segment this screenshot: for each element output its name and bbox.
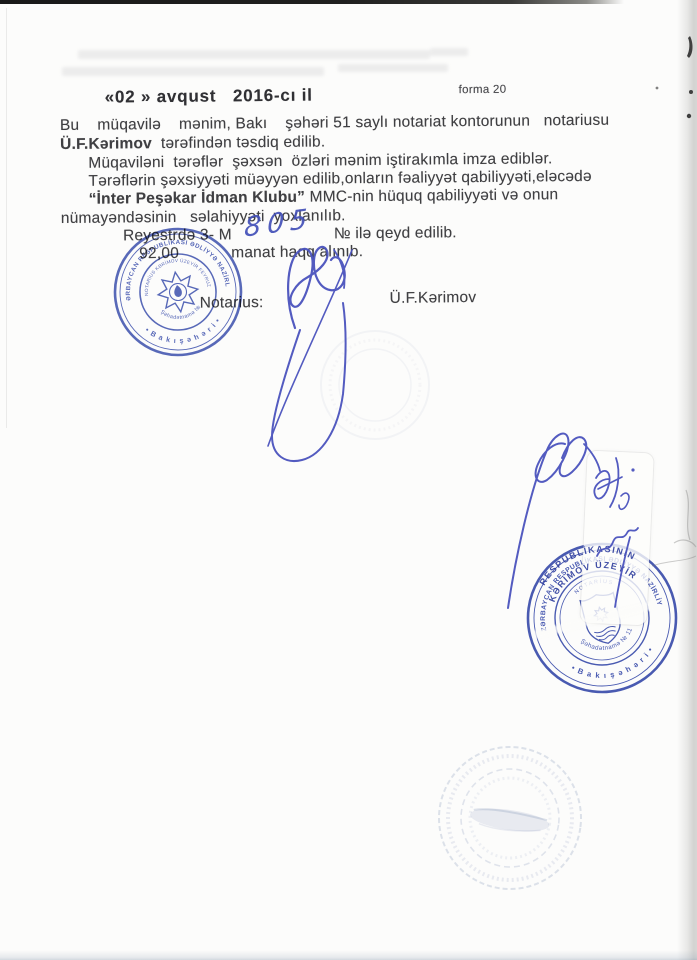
scanned-notary-document-page: «02 » avqust 2016-cı il forma 20 Bu müqa… bbox=[0, 0, 697, 960]
stamp-right-inner-bottom-text: Şəhadətnamə № 11 bbox=[578, 625, 638, 658]
scan-edge-left bbox=[6, 8, 7, 428]
notary-name-bold: Ü.F.Kərimov bbox=[60, 135, 152, 153]
scan-edge-right bbox=[677, 0, 697, 960]
svg-text:• B a k ı ş ə h ə r i •: • B a k ı ş ə h ə r i • bbox=[568, 643, 659, 688]
notary-round-stamp-left-icon: AZƏRBAYCAN RESPUBLİKASI ƏDLİYYƏ NAZİRLİY… bbox=[104, 218, 252, 366]
registry-line-post: № ilə qeyd edilib. bbox=[334, 224, 457, 243]
body-line: Bu müqavilə mənim, Bakı şəhəri 51 saylı … bbox=[60, 112, 609, 135]
eight-point-star-icon bbox=[155, 269, 200, 314]
body-line: Ü.F.Kərimov tərəfindən təsdiq edilib. bbox=[60, 133, 325, 154]
company-name-bold: “İnter Peşəkar İdman Klubu” bbox=[89, 189, 306, 208]
scan-edge-bottom bbox=[0, 950, 697, 960]
body-line-rest: tərəfindən təsdiq edilib. bbox=[152, 133, 326, 152]
svg-text:Şəhadətnamə № 11: Şəhadətnamə № 11 bbox=[578, 625, 638, 658]
svg-text:Şəhadətnamə №: Şəhadətnamə № bbox=[158, 304, 203, 324]
form-number-label: forma 20 bbox=[459, 84, 507, 96]
body-line-rest: MMC-nin hüquq qabiliyyəti və onun bbox=[305, 186, 558, 205]
flame-icon bbox=[173, 285, 182, 298]
notary-name: Ü.F.Kərimov bbox=[390, 289, 477, 308]
stamp-right-outer-bottom-text: • B a k ı ş ə h ə r i • bbox=[568, 643, 659, 688]
stamp-left-inner-bottom-text: Şəhadətnamə № bbox=[158, 304, 203, 324]
body-line: “İnter Peşəkar İdman Klubu” MMC-nin hüqu… bbox=[89, 186, 559, 209]
scan-edge-top bbox=[0, 0, 624, 4]
date-line: «02 » avqust 2016-cı il bbox=[105, 86, 313, 108]
laminate-strip bbox=[580, 451, 653, 626]
